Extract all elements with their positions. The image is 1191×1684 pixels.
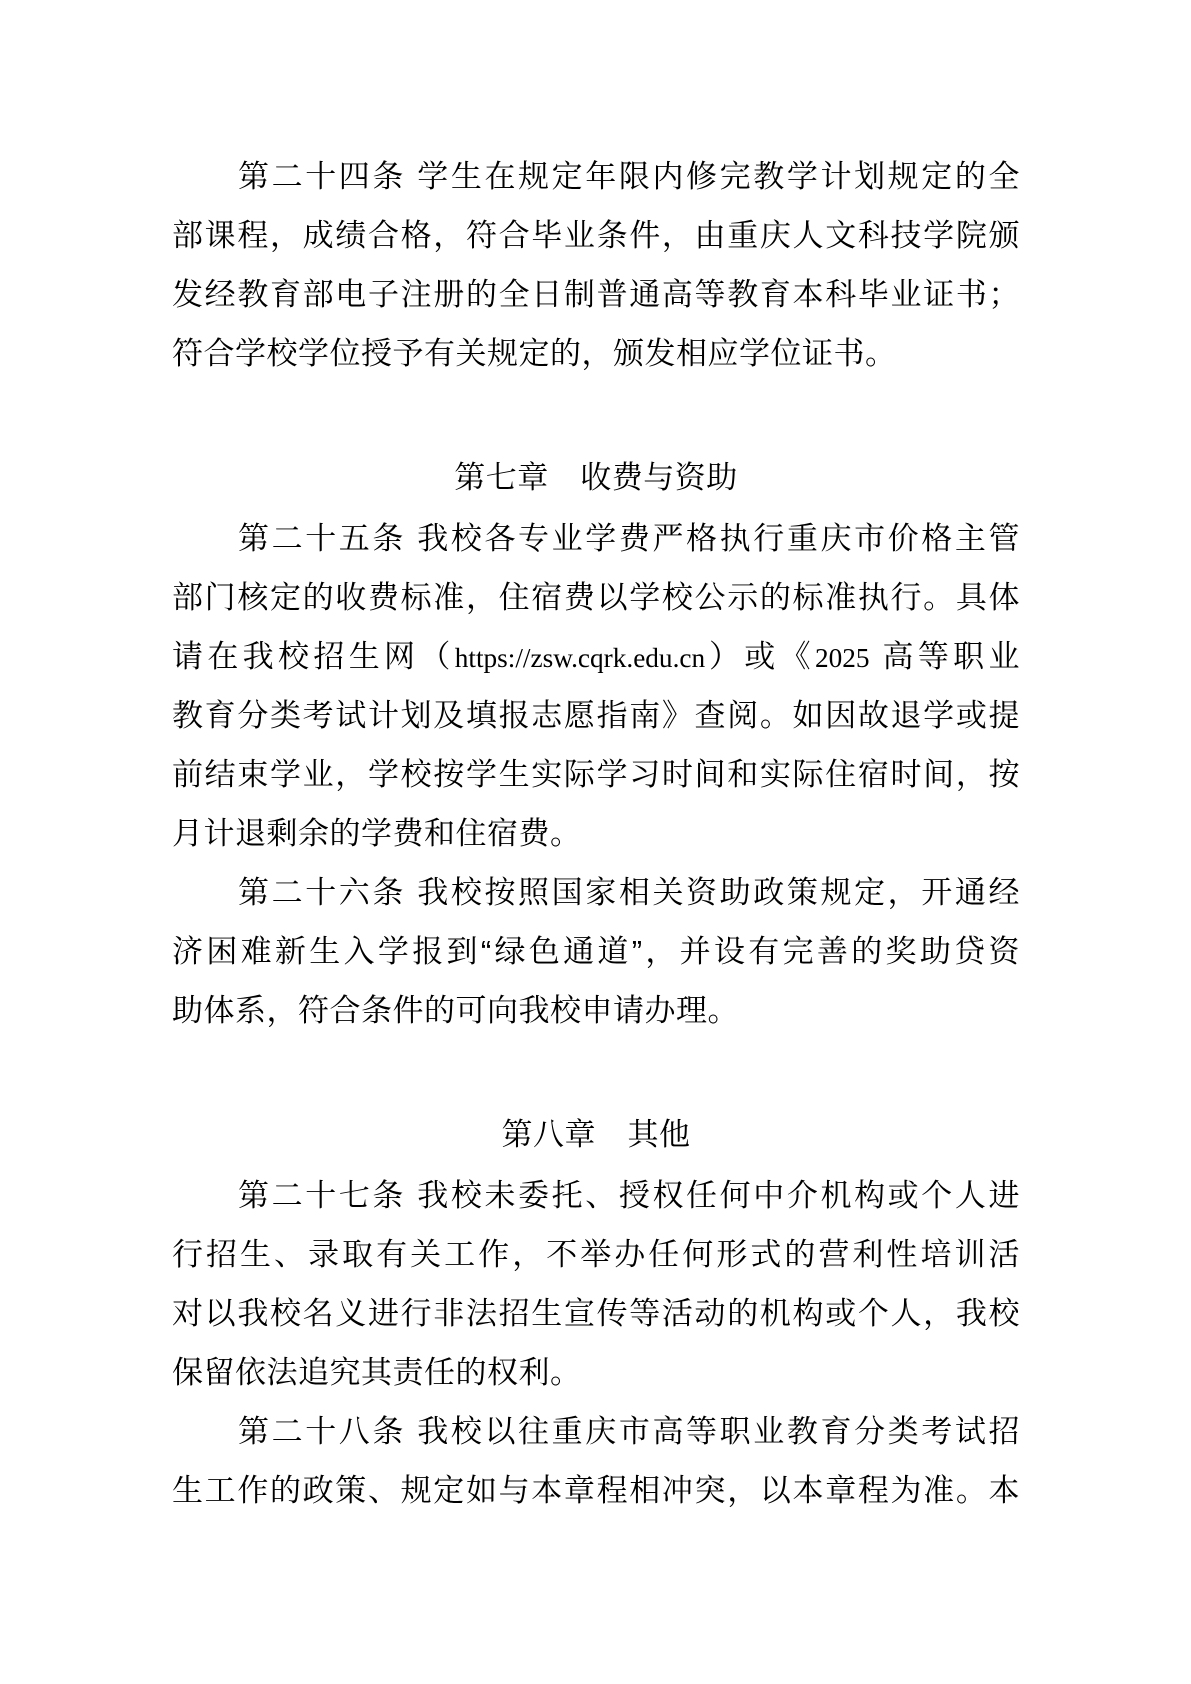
- text-line: 月计退剩余的学费和住宿费。: [172, 804, 1020, 863]
- text-line: 部门核定的收费标准，住宿费以学校公示的标准执行。具体: [172, 568, 1020, 627]
- text-line: 行招生、录取有关工作，不举办任何形式的营利性培训活动。: [172, 1225, 1020, 1284]
- paragraph-article-27: 第二十七条 我校未委托、授权任何中介机构或个人进 行招生、录取有关工作，不举办任…: [172, 1166, 1020, 1402]
- text-line: 保留依法追究其责任的权利。: [172, 1343, 1020, 1402]
- text-line: 发经教育部电子注册的全日制普通高等教育本科毕业证书；: [172, 265, 1020, 324]
- text-line: 生工作的政策、规定如与本章程相冲突，以本章程为准。本: [172, 1461, 1020, 1520]
- text-line: 助体系，符合条件的可向我校申请办理。: [172, 981, 1020, 1040]
- text-line: 第二十八条 我校以往重庆市高等职业教育分类考试招: [172, 1402, 1020, 1461]
- admissions-website-url: https://zsw.cqrk.edu.cn: [455, 643, 705, 673]
- text-line: 前结束学业，学校按学生实际学习时间和实际住宿时间，按: [172, 745, 1020, 804]
- text-line: 教育分类考试计划及填报志愿指南》查阅。如因故退学或提: [172, 686, 1020, 745]
- text-line: 符合学校学位授予有关规定的，颁发相应学位证书。: [172, 324, 1020, 383]
- text-segment: 高等职业: [870, 639, 1020, 674]
- text-line: 第二十六条 我校按照国家相关资助政策规定，开通经: [172, 863, 1020, 922]
- text-line: 第二十四条 学生在规定年限内修完教学计划规定的全: [172, 147, 1020, 206]
- text-line: 对以我校名义进行非法招生宣传等活动的机构或个人，我校: [172, 1284, 1020, 1343]
- text-segment: 请在我校招生网（: [172, 639, 455, 674]
- text-line: 济困难新生入学报到“绿色通道”，并设有完善的奖助贷资: [172, 922, 1020, 981]
- text-line: 第二十七条 我校未委托、授权任何中介机构或个人进: [172, 1166, 1020, 1225]
- document-page: 第二十四条 学生在规定年限内修完教学计划规定的全 部课程，成绩合格，符合毕业条件…: [0, 0, 1191, 1684]
- paragraph-article-25: 第二十五条 我校各专业学费严格执行重庆市价格主管 部门核定的收费标准，住宿费以学…: [172, 509, 1020, 863]
- year-text: 2025: [815, 643, 870, 673]
- heading-chapter-7: 第七章 收费与资助: [172, 448, 1020, 507]
- text-line: 部课程，成绩合格，符合毕业条件，由重庆人文科技学院颁: [172, 206, 1020, 265]
- text-line: 第二十五条 我校各专业学费严格执行重庆市价格主管: [172, 509, 1020, 568]
- text-line: 请在我校招生网（https://zsw.cqrk.edu.cn）或《2025 高…: [172, 627, 1020, 686]
- heading-chapter-8: 第八章 其他: [172, 1105, 1020, 1164]
- paragraph-article-26: 第二十六条 我校按照国家相关资助政策规定，开通经 济困难新生入学报到“绿色通道”…: [172, 863, 1020, 1040]
- paragraph-article-28: 第二十八条 我校以往重庆市高等职业教育分类考试招 生工作的政策、规定如与本章程相…: [172, 1402, 1020, 1520]
- paragraph-article-24: 第二十四条 学生在规定年限内修完教学计划规定的全 部课程，成绩合格，符合毕业条件…: [172, 147, 1020, 383]
- text-segment: ）或《: [705, 639, 815, 674]
- document-content: 第二十四条 学生在规定年限内修完教学计划规定的全 部课程，成绩合格，符合毕业条件…: [172, 147, 1020, 1520]
